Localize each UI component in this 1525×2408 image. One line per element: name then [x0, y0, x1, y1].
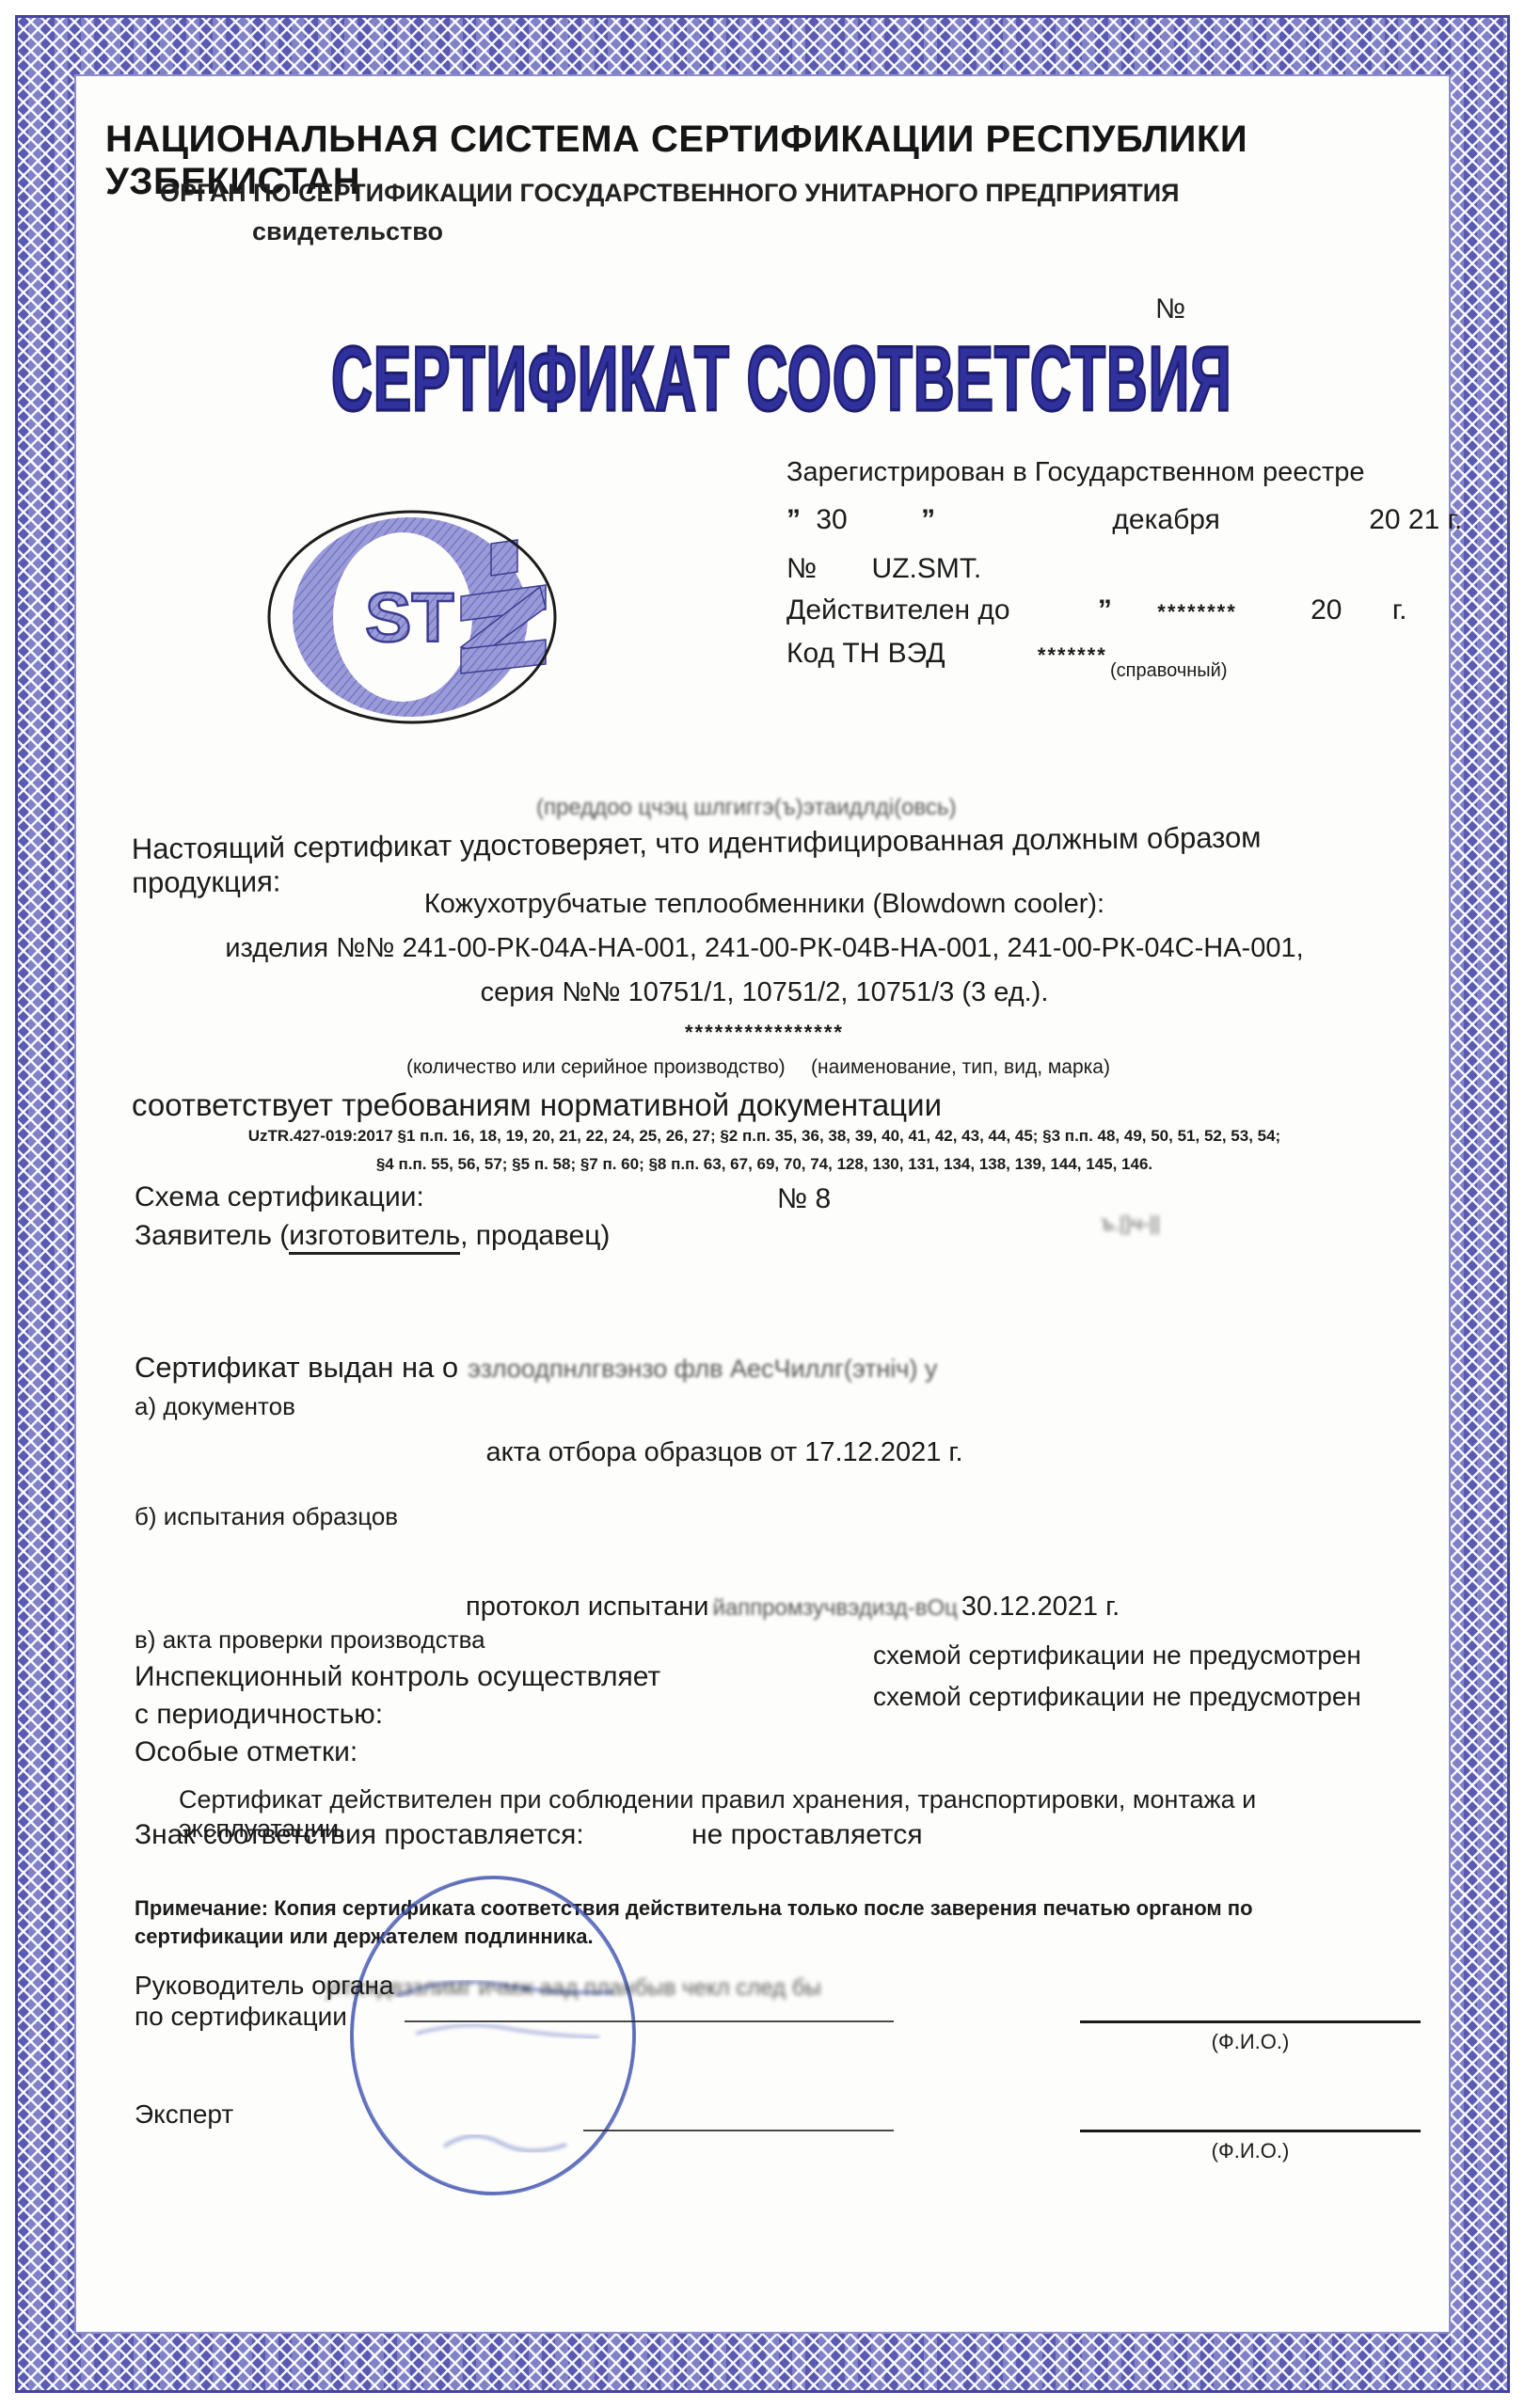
issued-smudged-text: эзлоодпнлгвэнзо флв АесЧиллг(этніч) у: [468, 1354, 937, 1384]
blue-ink-stamp: [331, 1864, 660, 2212]
expert-fio-line: [1080, 2130, 1421, 2132]
stars-separator: ****************: [132, 1021, 1397, 1045]
sampling-act-line: акта отбора образцов от 17.12.2021 г.: [395, 1437, 1054, 1468]
certificate-number-sign: №: [1155, 293, 1185, 325]
protocol-smudged-text: йаппромзучвэдизд-вОц: [712, 1595, 957, 1622]
registration-date-row: ” 30 ” декабря 20 21 г.: [786, 504, 1462, 536]
applicant-smudge: ъ.|}ч-||: [1101, 1212, 1160, 1236]
applicant-underlined: изготовитель: [289, 1220, 460, 1255]
expert-fio-caption: (Ф.И.О.): [1080, 2139, 1421, 2163]
product-line2: изделия №№ 241-00-РК-04А-НА-001, 241-00-…: [132, 933, 1397, 964]
protocol-date: 30.12.2021 г.: [961, 1592, 1120, 1623]
page-title: СЕРТИФИКАТ СООТВЕТСТВИЯ: [331, 327, 1232, 432]
valid-stars: ********: [1157, 600, 1237, 624]
head-fio-line: [1080, 2020, 1421, 2023]
logo-top-notch: [491, 540, 517, 576]
conformity-mark-value: не проставляется: [691, 1819, 923, 1851]
registration-number-value: UZ.SMT.: [872, 553, 982, 584]
product-line3: серия №№ 10751/1, 10751/2, 10751/3 (3 ед…: [132, 977, 1397, 1008]
number-sign: №: [786, 553, 817, 584]
conformity-mark-label: Знак соответствия проставляется:: [135, 1819, 584, 1851]
registered-label: Зарегистрирован в Государственном реестр…: [786, 457, 1364, 488]
inspection-label: Инспекционный контроль осуществляет: [135, 1661, 660, 1693]
applicant-row: Заявитель (изготовитель, продавец): [135, 1220, 610, 1252]
registration-number-row: № UZ.SMT.: [786, 553, 981, 585]
product-line1: Кожухотрубчатые теплообменники (Blowdown…: [132, 889, 1397, 920]
head-label-line2: по сертификации: [135, 2002, 347, 2032]
registration-month: декабря: [1112, 504, 1219, 535]
certificate-page: НАЦИОНАЛЬНАЯ СИСТЕМА СЕРТИФИКАЦИИ РЕСПУБ…: [0, 0, 1525, 2408]
not-provided-line1: схемой сертификации не предусмотрен: [873, 1640, 1361, 1671]
enterprise-note-smudged: (преддоо цчэц шлгиггэ(ъ)этаидлді(овсь): [536, 795, 956, 821]
stamp-squiggle-2: [416, 2025, 599, 2037]
issued-row: Сертификат выдан на о эзлоодпнлгвэнзо фл…: [135, 1351, 937, 1385]
stamp-squiggle-3: [444, 2136, 566, 2151]
svidetelstvo-label: свидетельство: [252, 217, 443, 246]
logo-st-letters: ST: [365, 578, 454, 657]
valid-year: 20: [1311, 594, 1342, 626]
registration-year: 20 21 г.: [1369, 504, 1462, 535]
norm-doc-line2: §4 п.п. 55, 56, 57; §5 п. 58; §7 п. 60; …: [132, 1155, 1397, 1174]
tnved-stars: *******: [1038, 643, 1107, 667]
head-signature-line: [405, 2020, 894, 2022]
uzstandard-logo: ST: [262, 506, 563, 732]
head-fio-caption: (Ф.И.О.): [1080, 2030, 1421, 2054]
org-title-line2: ОРГАН ПО СЕРТИФИКАЦИИ ГОСУДАРСТВЕННОГО У…: [160, 179, 1180, 208]
registration-day: 30: [816, 504, 847, 535]
expert-signature-line: [583, 2130, 894, 2131]
norm-doc-line1: UzTR.427-019:2017 §1 п.п. 16, 18, 19, 20…: [132, 1127, 1397, 1146]
periodicity-label: с периодичностью:: [135, 1699, 383, 1731]
not-provided-line2: схемой сертификации не предусмотрен: [873, 1682, 1361, 1712]
valid-quote: ”: [1098, 594, 1112, 626]
tnved-note: (справочный): [1110, 660, 1228, 682]
protocol-prefix: протокол испытани: [466, 1592, 708, 1623]
applicant-suffix: , продавец): [460, 1220, 610, 1251]
close-quote: ”: [921, 504, 935, 535]
open-quote: ”: [786, 504, 801, 535]
tests-item-b: б) испытания образцов: [135, 1502, 398, 1531]
note-text: Примечание: Копия сертификата соответств…: [135, 1894, 1400, 1950]
valid-until-row: Действителен до ” ******** 20 г.: [786, 594, 1406, 626]
applicant-prefix: Заявитель (: [135, 1220, 289, 1251]
scheme-label: Схема сертификации:: [135, 1181, 424, 1213]
tnved-row: Код ТН ВЭД *******: [786, 638, 1107, 670]
quantity-note: (количество или серийное производство): [406, 1056, 786, 1079]
conforms-line: соответствует требованиям нормативной до…: [132, 1087, 942, 1123]
special-marks-label: Особые отметки:: [135, 1736, 357, 1768]
docs-item-a: а) документов: [135, 1392, 295, 1421]
valid-g: г.: [1392, 594, 1407, 626]
valid-until-label: Действителен до: [786, 594, 1010, 626]
production-check-item-c: в) акта проверки производства: [135, 1625, 485, 1655]
protocol-row: протокол испытани йаппромзучвэдизд-вОц 3…: [466, 1592, 1120, 1623]
scheme-value: № 8: [777, 1183, 831, 1215]
name-type-note: (наименование, тип, вид, марка): [811, 1056, 1110, 1079]
head-signature-scribble: угпскдвззлимг ичмж аад планбыв чекл след…: [325, 1975, 908, 2002]
expert-label: Эксперт: [135, 2099, 233, 2130]
issued-prefix: Сертификат выдан на о: [135, 1351, 458, 1385]
tnved-label: Код ТН ВЭД: [786, 638, 945, 669]
